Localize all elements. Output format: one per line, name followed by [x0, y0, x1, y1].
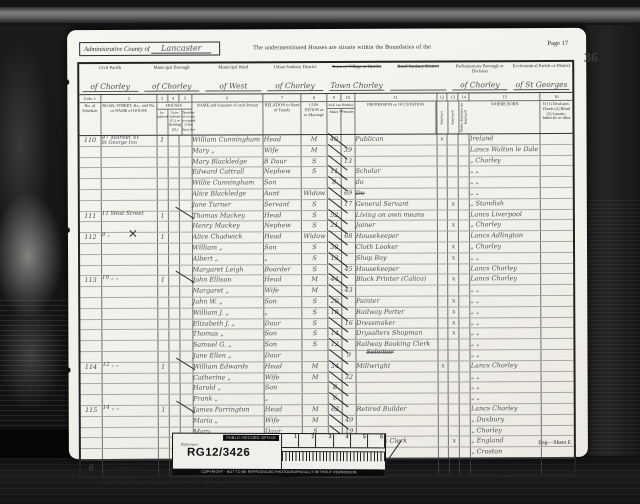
cell-schedule — [81, 384, 103, 394]
cell-employed — [448, 156, 459, 166]
cell-employed: x — [448, 242, 459, 252]
cell-relation: Nephew — [264, 221, 302, 231]
cell-employer — [438, 264, 449, 274]
cell-road — [102, 341, 158, 351]
cell-road — [101, 147, 157, 157]
cell-employer — [438, 404, 449, 414]
cell-rooms — [179, 157, 192, 167]
cell-born: „ „ — [471, 372, 542, 382]
cell-age-male: 8 — [329, 383, 343, 393]
cell-schedule — [81, 374, 103, 384]
cell-relation: Wife — [265, 373, 303, 383]
cell-schedule — [81, 417, 103, 427]
cell-condition: M — [303, 362, 329, 372]
cell-relation: B Daur — [264, 157, 302, 167]
cell-infirm — [541, 231, 573, 241]
cell-employer — [438, 415, 449, 425]
cell-rooms — [179, 168, 192, 178]
cell-schedule — [80, 147, 102, 157]
cell-schedule: 113 — [80, 276, 102, 286]
cell-relation: Servant — [264, 200, 302, 210]
cell-age-male — [329, 416, 343, 426]
cell-employer — [438, 329, 449, 339]
cell-road: 97 Market StSt George Inn — [101, 136, 157, 146]
cell-road: 14 „ „ — [103, 406, 159, 416]
district-cell: Civil Parishof Chorley — [79, 64, 141, 94]
cell-infirm — [542, 415, 574, 425]
cell-infirm — [542, 393, 574, 403]
cell-age-female: 9 — [342, 351, 356, 361]
cell-occupation: Scholar — [356, 167, 438, 177]
cell-born: „ „ — [471, 350, 542, 360]
cell-inhabited — [157, 179, 168, 189]
cell-employed — [449, 361, 460, 371]
cell-relation: „ — [265, 308, 303, 318]
cell-infirm — [541, 274, 573, 284]
cell-occupation: Cloth Looker — [356, 242, 438, 252]
cell-age-male: 14 — [328, 329, 342, 339]
cell-uninhabited — [168, 136, 179, 146]
district-value: of Chorley — [452, 80, 508, 90]
district-label: Municipal Borough — [143, 65, 201, 78]
cell-employed — [449, 404, 460, 414]
cell-neither — [460, 350, 471, 360]
cell-relation: „ — [264, 254, 302, 264]
cell-occupation: Publican — [355, 135, 437, 145]
cell-name: William J. „ — [193, 308, 265, 318]
cell-age-male: 11 — [328, 167, 342, 177]
cell-uninhabited — [169, 308, 180, 318]
cell-inhabited — [158, 308, 169, 318]
cell-road — [102, 308, 158, 318]
cell-neither — [459, 178, 470, 188]
cell-neither — [459, 134, 470, 144]
cell-name: Maria „ — [193, 416, 265, 426]
cell-employed: x — [449, 253, 460, 263]
cell-neither — [459, 188, 470, 198]
cell-rooms — [180, 330, 193, 340]
cell-relation: Daur — [265, 351, 303, 361]
cell-occupation: Railway Booking ClerkSolicitor — [356, 340, 438, 350]
col-born: WHERE BORN — [470, 101, 541, 133]
cell-age-male: 18 — [328, 308, 342, 318]
cell-rooms — [179, 179, 192, 189]
col-condition: CON-DITION as to Marriage — [302, 102, 328, 134]
cell-born: „ „ — [471, 296, 542, 306]
cell-name: William „ — [193, 243, 265, 253]
punch-hole — [65, 367, 71, 373]
cell-road — [102, 244, 158, 254]
cell-age-female: 13 — [342, 156, 356, 166]
cell-inhabited — [158, 330, 169, 340]
cell-road — [103, 395, 159, 405]
cell-road — [102, 265, 158, 275]
cell-employer — [437, 178, 448, 188]
cell-road — [103, 427, 159, 437]
cell-occupation: Shop Boy — [356, 253, 438, 263]
cell-rooms — [180, 244, 193, 254]
cell-infirm — [542, 339, 574, 349]
center-heading: The undermentioned Houses are situate wi… — [227, 44, 457, 51]
cell-relation: Aunt — [264, 189, 302, 199]
cell-employed: x — [449, 329, 460, 339]
cell-neither — [460, 275, 471, 285]
cell-schedule — [80, 287, 102, 297]
cell-age-female — [342, 210, 356, 220]
cell-road: 12 „ „ — [102, 362, 158, 372]
cell-occupation: Millwright — [356, 361, 438, 371]
cell-rooms — [179, 211, 192, 221]
cell-relation: Head — [264, 275, 302, 285]
cell-road — [102, 352, 158, 362]
cell-rooms — [180, 352, 193, 362]
cell-employer — [438, 318, 449, 328]
cell-employer — [437, 232, 448, 242]
cell-occupation — [355, 156, 437, 166]
column-number: 3 — [157, 95, 168, 102]
cell-inhabited — [158, 222, 169, 232]
cell-schedule: 111 — [80, 212, 102, 222]
cell-age-male — [328, 232, 342, 242]
cell-condition: S — [302, 308, 328, 318]
cell-employed — [449, 286, 460, 296]
cell-inhabited — [159, 449, 170, 459]
total-houses-value: 6 — [81, 461, 103, 476]
cell-rooms — [180, 373, 193, 383]
cell-condition — [303, 383, 329, 393]
cell-inhabited: 1 — [158, 233, 169, 243]
admin-county-label: Administrative County of — [84, 46, 149, 53]
district-value: of Chorley — [267, 81, 323, 91]
cell-neither — [459, 232, 470, 242]
cell-born: „ „ — [470, 253, 541, 263]
cell-uninhabited — [169, 341, 180, 351]
cell-inhabited: 1 — [158, 406, 169, 416]
cell-age-male — [329, 372, 343, 382]
cell-rooms — [180, 341, 193, 351]
cell-relation: Wife — [264, 146, 302, 156]
cell-infirm — [541, 317, 573, 327]
cell-road — [103, 438, 159, 448]
cell-born: Lancs Liverpool — [470, 210, 541, 220]
cell-employer — [437, 210, 448, 220]
cell-road — [102, 255, 158, 265]
admin-county-box: Administrative County of Lancaster — [79, 41, 220, 56]
cell-condition: M — [303, 416, 329, 426]
cell-inhabited — [158, 427, 169, 437]
cell-age-male: 21 — [328, 221, 342, 231]
page-number: Page 17 — [547, 40, 568, 47]
cell-inhabited — [158, 373, 169, 383]
cell-age-female — [342, 178, 356, 188]
cell-occupation — [357, 415, 439, 425]
cell-employed: x — [449, 307, 460, 317]
district-label: Rural Sanitary District — [389, 63, 447, 76]
cell-age-male: 62 — [329, 405, 343, 415]
col-neither: Neither Employer nor Employed — [459, 101, 470, 133]
cell-age-male: 20 — [328, 297, 342, 307]
col-employer: Employer — [437, 101, 448, 133]
cell-age-female: 68 — [342, 232, 356, 242]
cell-name: Henry Mackey — [192, 222, 264, 232]
cell-inhabited — [157, 146, 168, 156]
district-value: of Chorley — [82, 82, 138, 92]
cell-employed — [449, 350, 460, 360]
cell-schedule — [80, 222, 102, 232]
cell-inhabited — [158, 416, 169, 426]
cell-employer — [437, 199, 448, 209]
cell-inhabited — [157, 157, 168, 167]
cell-born: „ Croston — [471, 447, 542, 457]
cell-schedule: 112 — [80, 233, 102, 243]
census-page: Administrative County of Lancaster The u… — [67, 28, 588, 459]
cell-employer — [438, 242, 449, 252]
column-number: 9 — [327, 94, 341, 101]
column-number: 8 — [301, 94, 327, 101]
cell-name: William Edwards — [193, 362, 265, 372]
cell-uninhabited — [169, 384, 180, 394]
cell-age-male — [328, 351, 342, 361]
cell-occupation — [356, 383, 438, 393]
cell-rooms — [180, 416, 193, 426]
cell-employed — [449, 264, 460, 274]
cell-neither — [460, 437, 471, 447]
cell-schedule: 115 — [81, 406, 103, 416]
cell-inhabited — [158, 287, 169, 297]
cell-infirm — [542, 404, 574, 414]
column-number: 4 — [168, 95, 179, 102]
cell-road — [102, 330, 158, 340]
cell-age-female — [343, 383, 357, 393]
cell-born: „ „ — [470, 188, 541, 198]
cell-employer: x — [438, 361, 449, 371]
cell-occupation: General Servant — [356, 199, 438, 209]
cell-neither — [459, 156, 470, 166]
cell-uninhabited — [169, 406, 180, 416]
col-employed: Employed — [448, 101, 459, 133]
cell-road — [103, 449, 159, 459]
cell-age-female: 16 — [342, 318, 356, 328]
cell-age-male — [328, 264, 342, 274]
cell-uninhabited — [169, 244, 180, 254]
cell-neither — [460, 372, 471, 382]
cell-rooms — [179, 200, 192, 210]
district-label: Civil Parish — [81, 65, 139, 78]
cell-age-male: 6 — [329, 394, 343, 404]
cell-rooms — [180, 362, 193, 372]
cell-born: „ England — [471, 436, 542, 446]
cell-relation: Son — [265, 340, 303, 350]
cell-condition: M — [302, 286, 328, 296]
cell-infirm — [541, 307, 573, 317]
cell-age-female: 17 — [342, 200, 356, 210]
cell-neither — [459, 253, 470, 263]
cell-age-female — [342, 340, 356, 350]
census-sheet: Civil Parishof ChorleyMunicipal Borougho… — [77, 60, 576, 478]
cell-name: James Farrington — [193, 405, 265, 415]
cell-occupation: Retired Builder — [357, 404, 439, 414]
cell-age-female — [342, 254, 356, 264]
cell-name: Samuel G. „ — [193, 340, 265, 350]
cell-schedule — [80, 266, 102, 276]
cell-employer — [438, 372, 449, 382]
cell-name: Elizabeth J. „ — [193, 319, 265, 329]
cell-relation: „ — [265, 394, 303, 404]
cell-name: Catherine „ — [193, 373, 265, 383]
cell-condition: Widow — [302, 232, 328, 242]
cell-age-male: 34 — [328, 362, 342, 372]
cell-occupation: Drysalters Shopman — [356, 329, 438, 339]
cell-employed: x — [448, 221, 459, 231]
cell-infirm — [542, 350, 574, 360]
cell-uninhabited — [168, 157, 179, 167]
cell-schedule — [80, 244, 102, 254]
cell-employed — [448, 145, 459, 155]
cell-age-male — [328, 146, 342, 156]
cell-employer — [438, 350, 449, 360]
cell-employer — [438, 253, 449, 263]
column-number: 7 — [264, 94, 302, 101]
cell-road — [102, 179, 158, 189]
ruler-number: 3 — [316, 434, 333, 447]
cell-age-female — [342, 297, 356, 307]
cell-age-male — [328, 318, 342, 328]
cell-born: Lancs Chorley — [471, 361, 542, 371]
cell-name: Thomas „ — [193, 330, 265, 340]
sheet-reference: Eng—Sheet F. — [538, 440, 572, 446]
cell-occupation: Housekeeper — [356, 232, 438, 242]
cell-neither — [459, 221, 470, 231]
census-table: Cols. 12345678910111213141516 No. of Sch… — [79, 93, 574, 476]
cell-born: „ „ — [471, 393, 542, 403]
cell-relation: Head — [265, 405, 303, 415]
cell-relation: Son — [264, 297, 302, 307]
cell-uninhabited — [168, 211, 179, 221]
cell-inhabited: 1 — [158, 211, 169, 221]
total-houses-label: Total of Houses and of Tenements with le… — [103, 461, 159, 476]
cell-infirm — [541, 156, 573, 166]
cell-infirm — [541, 296, 573, 306]
cell-infirm — [541, 242, 573, 252]
district-value: of St Georges — [514, 80, 570, 90]
cell-age-female — [342, 221, 356, 231]
cell-schedule — [81, 427, 103, 437]
cell-inhabited: 1 — [158, 276, 169, 286]
cell-age-female — [343, 394, 357, 404]
cell-employed — [448, 134, 459, 144]
cell-inhabited — [158, 254, 169, 264]
cell-uninhabited — [169, 362, 180, 372]
column-headers: No. of Schedule ROAD, STREET, &c., and N… — [79, 101, 572, 136]
cell-schedule — [80, 330, 102, 340]
cell-age-male: 52 — [328, 211, 342, 221]
cell-employer — [437, 145, 448, 155]
cell-age-male — [328, 200, 342, 210]
cell-born: „ „ — [471, 382, 542, 392]
cell-age-male — [328, 286, 342, 296]
cell-neither — [460, 383, 471, 393]
cell-name: Harold „ — [193, 384, 265, 394]
folio-stamp-number: 36 — [584, 51, 598, 67]
cell-infirm — [541, 145, 573, 155]
cell-employed — [449, 426, 460, 436]
ruler-number: 2 — [299, 434, 316, 447]
cell-born: „ „ — [471, 307, 542, 317]
cell-schedule — [80, 158, 102, 168]
district-label: Urban Sanitary District — [266, 64, 324, 77]
cell-inhabited — [157, 168, 168, 178]
cell-employed — [448, 232, 459, 242]
scan-right-streaks — [586, 200, 640, 465]
cell-schedule — [80, 298, 102, 308]
cell-neither — [459, 210, 470, 220]
cell-uninhabited — [169, 319, 180, 329]
cell-rooms — [179, 136, 192, 146]
district-value: of Chorley — [144, 82, 200, 92]
cell-uninhabited — [169, 222, 180, 232]
column-number: 10 — [341, 94, 355, 101]
cell-name: Jane Turner — [192, 200, 264, 210]
cell-condition: M — [302, 146, 328, 156]
cell-occupation: Painter — [356, 296, 438, 306]
cell-uninhabited — [168, 146, 179, 156]
column-number: 14 — [459, 93, 470, 100]
cell-born: Ireland — [470, 134, 541, 144]
column-number: 13 — [448, 93, 459, 100]
cell-inhabited — [158, 298, 169, 308]
cell-occupation: Dressmaker — [356, 318, 438, 328]
cell-name: Thomas Mackey — [192, 211, 264, 221]
cell-road: 11 West Street — [102, 211, 158, 221]
cell-occupation: Do — [356, 189, 438, 199]
cell-born: „ Chorley — [470, 242, 541, 252]
cell-employed — [449, 448, 460, 458]
cell-relation: Nephew — [264, 168, 302, 178]
cell-employer — [437, 188, 448, 198]
cell-employed — [448, 167, 459, 177]
cell-road — [102, 319, 158, 329]
cell-schedule — [80, 320, 102, 330]
cell-schedule — [80, 341, 102, 351]
cell-neither — [460, 340, 471, 350]
cell-rooms — [180, 276, 193, 286]
cell-occupation: Living on own means — [356, 210, 438, 220]
cell-rooms — [180, 308, 193, 318]
cell-relation: Wife — [264, 286, 302, 296]
cell-uninhabited — [168, 168, 179, 178]
cell-condition: S — [303, 340, 329, 350]
cell-infirm — [541, 210, 573, 220]
cell-employer — [437, 167, 448, 177]
cell-age-female: 43 — [342, 286, 356, 296]
cell-condition: S — [302, 167, 328, 177]
cell-condition: S — [302, 265, 328, 275]
cell-schedule — [80, 201, 102, 211]
cell-condition: S — [302, 157, 328, 167]
cell-name: Frank „ — [193, 394, 265, 404]
col-houses-group: HOUSES In-habited Unin-habited (U.) or B… — [157, 103, 192, 135]
district-cell: Rural Sanitary District — [387, 62, 449, 92]
cell-born: Lancs Chorley — [471, 404, 542, 414]
col-inhabited: In-habited — [157, 110, 169, 135]
cell-age-female: 49 — [343, 416, 357, 426]
admin-county-value: Lancaster — [151, 44, 211, 54]
col-relation: RELATION to Head of Family — [264, 102, 302, 134]
cell-condition: S — [302, 319, 328, 329]
cell-born: „ Chorley — [470, 156, 541, 166]
cell-neither — [459, 145, 470, 155]
district-label: Parliamentary Borough or Division — [451, 63, 509, 76]
